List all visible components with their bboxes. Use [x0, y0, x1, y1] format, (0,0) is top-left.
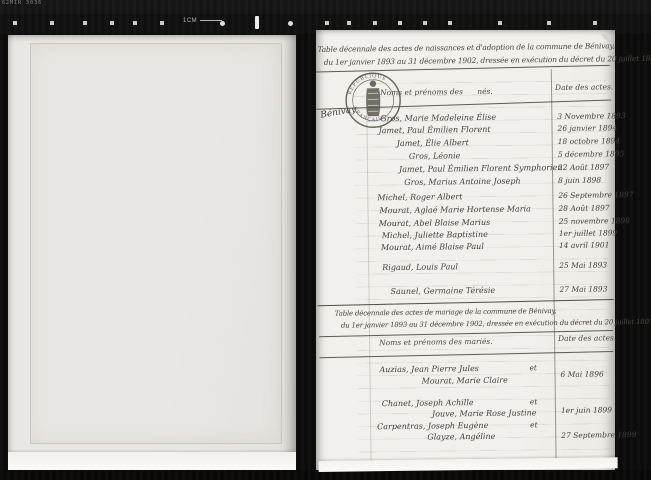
- microfilm-scan-frame: 62MIR 3036 1CM Table décennale des actes…: [0, 0, 651, 480]
- birth-entry-name: Rigaud, Louis Paul: [382, 262, 458, 272]
- left-page-inner-border: [30, 43, 282, 444]
- stamp-figure-body: [366, 88, 380, 116]
- film-ruler-mark: [133, 21, 137, 25]
- marriage-conjunction: et: [530, 397, 538, 406]
- film-ruler-mark: [593, 21, 597, 25]
- right-register-page: Table décennale des actes de naissances …: [316, 30, 615, 470]
- marriage-spouse1: Carpentras, Joseph Eugène: [377, 421, 488, 431]
- birth-entry-name: Michel, Roger Albert: [377, 192, 462, 202]
- marriage-spouse1: Auzias, Jean Pierre Jules: [379, 364, 479, 374]
- births-title-line1: Table décennale des actes de naissances …: [317, 41, 614, 54]
- film-ruler-mark: [255, 16, 259, 29]
- birth-entry-date: 5 décembre 1895: [558, 149, 625, 159]
- birth-entry-date: 26 janvier 1894: [557, 123, 617, 133]
- film-ruler-mark: [347, 21, 351, 25]
- film-ruler-mark: [110, 21, 114, 25]
- marriage-date: 6 Mai 1896: [560, 369, 603, 379]
- marriage-date: 27 Septembre 1899: [561, 430, 636, 440]
- right-page-bottom-edge: [319, 457, 618, 472]
- film-ruler-mark: [13, 21, 17, 25]
- film-ruler-mark: [448, 21, 452, 25]
- register-content: Table décennale des actes de naissances …: [313, 28, 617, 472]
- marriages-col-names-header: Noms et prénoms des mariés.: [379, 337, 493, 347]
- birth-entry-name: Gros, Léonie: [409, 151, 461, 161]
- birth-entry-date: 25 novembre 1898: [559, 216, 630, 226]
- marriage-spouse2: Glayze, Angéline: [427, 432, 495, 442]
- ruler-scale-label: 1CM: [183, 18, 222, 24]
- birth-entry-date: 28 Août 1897: [558, 203, 609, 213]
- left-page-bottom-edge: [8, 452, 296, 470]
- birth-entry-date: 3 Novembre 1893: [557, 111, 625, 121]
- birth-entry-date: 26 Septembre 1897: [558, 190, 633, 200]
- birth-entry-date: 22 Août 1897: [558, 162, 609, 172]
- film-corner-label: 62MIR 3036: [2, 0, 42, 6]
- birth-entry-date: 14 avril 1901: [559, 240, 610, 250]
- marriage-conjunction: et: [529, 363, 537, 372]
- page-corner-fold: [600, 34, 609, 43]
- film-ruler-mark: [398, 21, 402, 25]
- ruler-cm-text: 1CM: [183, 18, 197, 24]
- birth-entry-name: Mourat, Aimé Blaise Paul: [381, 242, 484, 252]
- birth-entry-name: Saunel, Germaine Térésie: [390, 286, 495, 296]
- births-col-names-header: Noms et prénoms des nés.: [380, 87, 493, 97]
- stamp-figure-head: [370, 81, 376, 87]
- film-ruler-mark: [547, 21, 551, 25]
- marriage-spouse1: Chanet, Joseph Achille: [382, 398, 474, 408]
- ruler-dash: [200, 20, 222, 21]
- birth-entry-name: Gros, Marius Antoine Joseph: [404, 176, 521, 186]
- marriage-date: 1er juin 1899: [561, 405, 612, 415]
- birth-entry-name: Jamet, Élie Albert: [397, 138, 469, 148]
- film-ruler-mark: [498, 21, 502, 25]
- births-col-date-header: Date des actes.: [555, 82, 613, 92]
- film-ruler-mark: [423, 21, 427, 25]
- marriage-conjunction: et: [530, 420, 538, 429]
- film-ruler-mark: [373, 21, 377, 25]
- birth-entry-name: Michel, Juliette Baptistine: [382, 230, 488, 240]
- film-ruler-mark: [83, 21, 87, 25]
- film-ruler-mark: [288, 21, 293, 26]
- film-ruler-mark: [50, 21, 54, 25]
- marriage-spouse2: Jouve, Marie Rose Justine: [432, 408, 537, 418]
- birth-entry-name: Mourat, Aglaé Marie Hortense Maria: [379, 204, 531, 215]
- birth-entry-date: 18 octobre 1894: [558, 136, 621, 146]
- birth-entry-date: 27 Mai 1893: [559, 284, 607, 294]
- birth-entry-name: Jamet, Paul Émilien Florent: [378, 125, 490, 135]
- left-blank-page: [8, 35, 296, 470]
- birth-entry-date: 8 juin 1898: [558, 175, 601, 185]
- marriage-spouse2: Mourat, Marie Claire: [422, 376, 508, 386]
- birth-entry-name: Gros, Marie Madeleine Élise: [380, 113, 496, 123]
- birth-entry-date: 25 Mai 1893: [559, 260, 607, 270]
- birth-entry-name: Mourat, Abel Blaise Marius: [379, 218, 491, 228]
- film-ruler-mark: [160, 21, 164, 25]
- birth-entry-date: 1er juillet 1899: [559, 228, 618, 238]
- film-ruler-mark: [325, 21, 329, 25]
- marriages-col-date-header: Date des actes.: [558, 333, 616, 343]
